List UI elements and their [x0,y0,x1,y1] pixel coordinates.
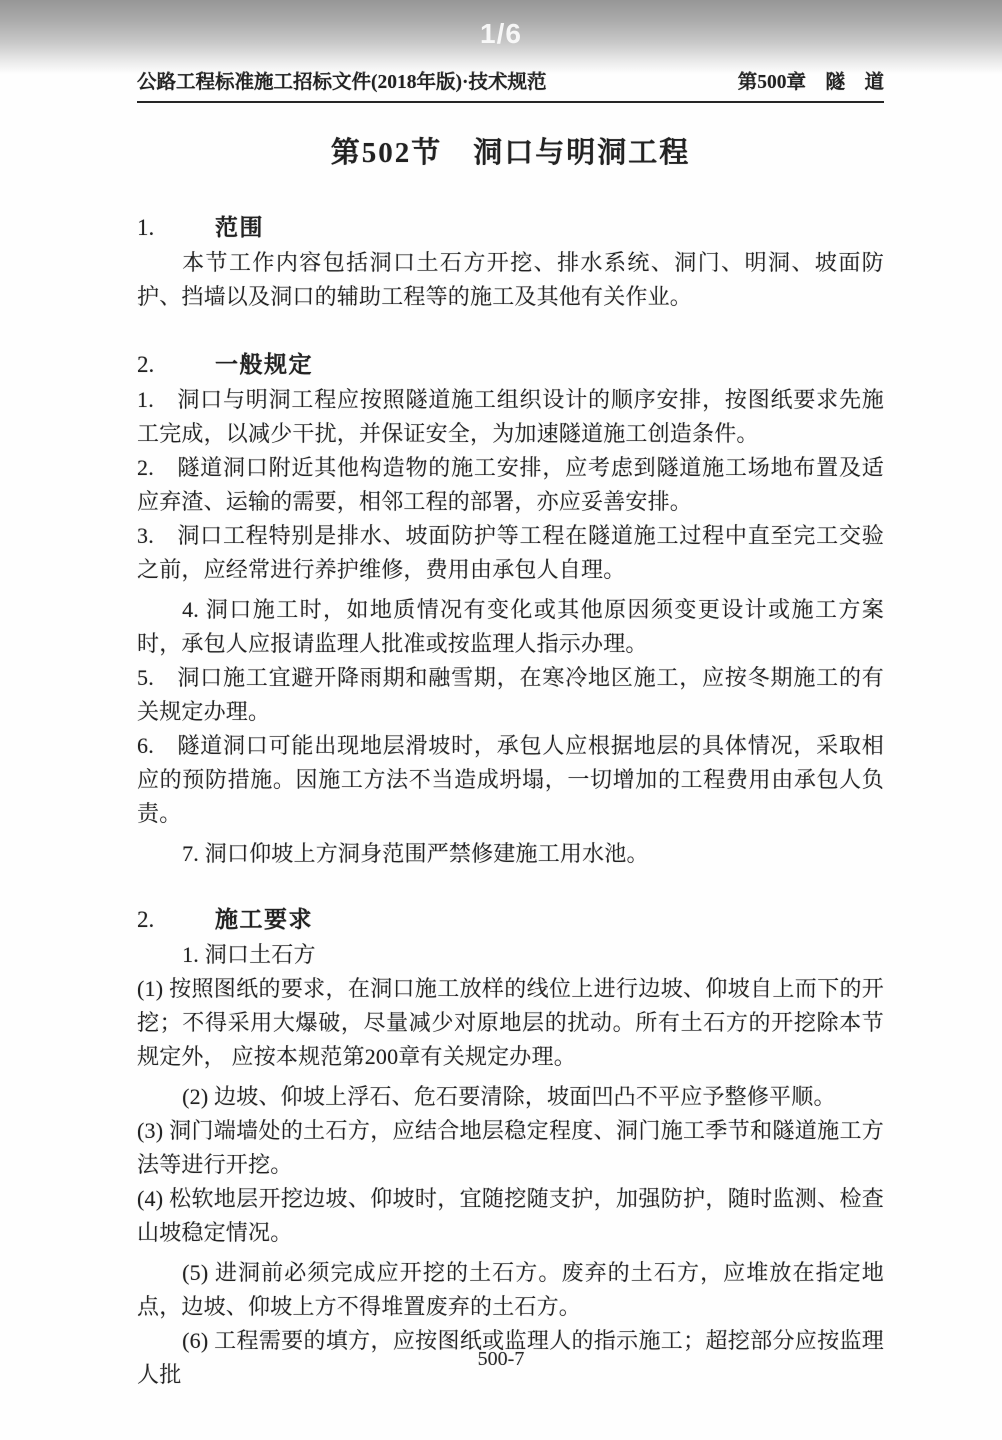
paragraph: 2. 隧道洞口附近其他构造物的施工安排，应考虑到隧道施工场地布置及适应弃渣、运输… [137,451,884,519]
paragraph: (1) 按照图纸的要求，在洞口施工放样的线位上进行边坡、仰坡自上而下的开 挖；不… [137,972,884,1074]
section-heading-label: 一般规定 [215,352,313,377]
viewer-top-gradient-overlay: 1/6 [0,0,1002,74]
page-title: 第502节 洞口与明洞工程 [137,135,884,171]
running-header: 公路工程标准施工招标文件(2018年版)·技术规范 第500章 隧 道 [137,70,884,103]
paragraph: 3. 洞口工程特别是排水、坡面防护等工程在隧道施工过程中直至完工交验之前，应经常… [137,519,884,587]
section-heading-general-rules: 2.一般规定 [137,350,884,380]
paragraph: 本节工作内容包括洞口土石方开挖、排水系统、洞门、明洞、坡面防护、挡墙以及洞口的辅… [137,246,884,314]
paragraph: 5. 洞口施工宜避开降雨期和融雪期，在寒冷地区施工，应按冬期施工的有关规定办理。 [137,661,884,729]
paragraph: 7. 洞口仰坡上方洞身范围严禁修建施工用水池。 [137,837,884,871]
paragraph: (4) 松软地层开挖边坡、仰坡时，宜随挖随支护，加强防护，随时监测、检查 山坡稳… [137,1182,884,1250]
paragraph: 4. 洞口施工时，如地质情况有变化或其他原因须变更设计或施工方案时，承包人应报请… [137,593,884,661]
page-indicator-badge: 1/6 [0,18,1002,50]
section-number: 2. [137,350,215,380]
section-heading-label: 范围 [215,215,264,240]
image-viewer-canvas[interactable]: 1/6 公路工程标准施工招标文件(2018年版)·技术规范 第500章 隧 道 … [0,0,1002,1440]
section-heading-construction-requirements: 2.施工要求 [137,905,884,935]
document-page: 公路工程标准施工招标文件(2018年版)·技术规范 第500章 隧 道 第502… [137,0,884,1392]
page-number-footer: 500-7 [0,1348,1002,1371]
section-heading-scope: 1.范围 [137,213,884,243]
paragraph: 6. 隧道洞口可能出现地层滑坡时，承包人应根据地层的具体情况，采取相应的预防措施… [137,729,884,831]
paragraph: (5) 进洞前必须完成应开挖的土石方。废弃的土石方，应堆放在指定地点，边坡、仰坡… [137,1256,884,1324]
section-number: 1. [137,213,215,243]
section-number: 2. [137,905,215,935]
paragraph: 1. 洞口与明洞工程应按照隧道施工组织设计的顺序安排，按图纸要求先施工完成，以减… [137,383,884,451]
paragraph: (3) 洞门端墙处的土石方，应结合地层稳定程度、洞门施工季节和隧道施工方 法等进… [137,1114,884,1182]
paragraph: (2) 边坡、仰坡上浮石、危石要清除，坡面凹凸不平应予整修平顺。 [137,1080,884,1114]
section-heading-label: 施工要求 [215,907,313,932]
subsection-heading: 1. 洞口土石方 [137,938,884,972]
